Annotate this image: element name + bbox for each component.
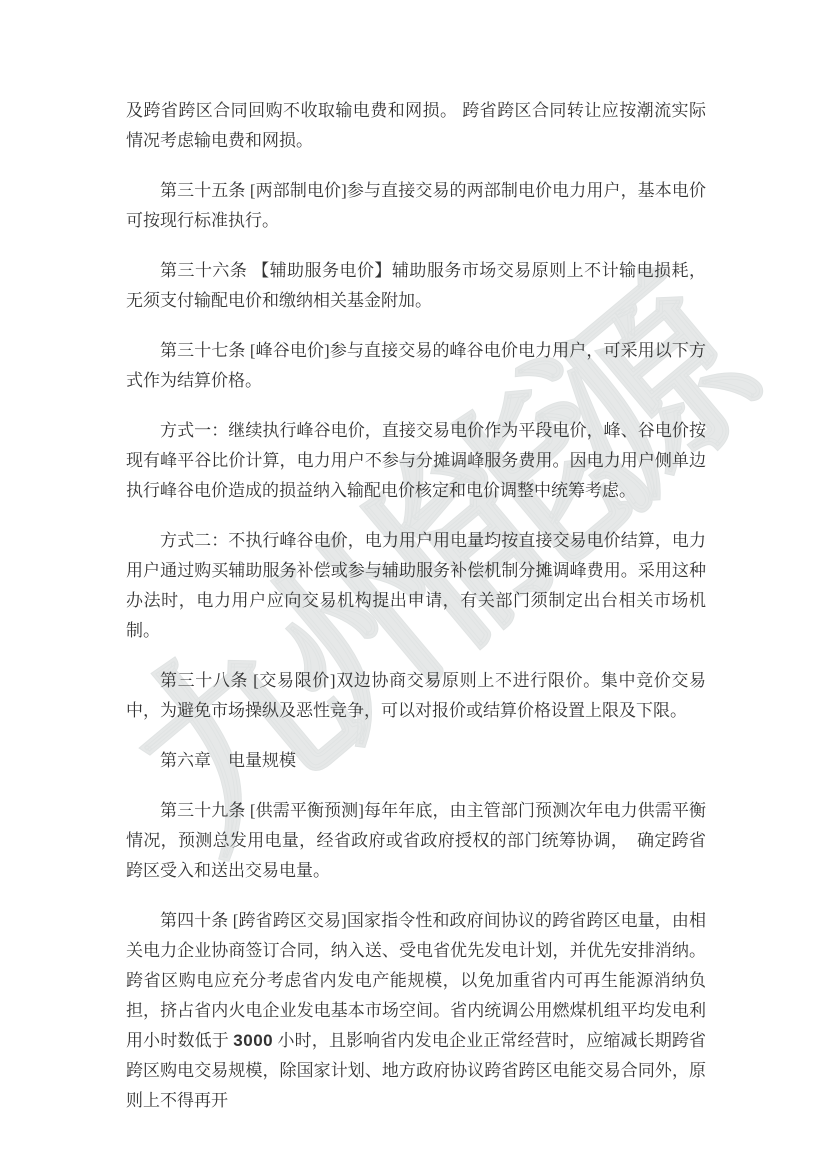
paragraph-carryover: 及跨省跨区合同回购不收取输电费和网损。 跨省跨区合同转让应按潮流实际情况考虑输电… (126, 96, 706, 156)
hours-threshold-number: 3000 (233, 1031, 273, 1050)
document-page: 九州能源 及跨省跨区合同回购不收取输电费和网损。 跨省跨区合同转让应按潮流实际情… (0, 0, 826, 1169)
paragraph-method-2: 方式二：不执行峰谷电价，电力用户用电量均按直接交易电价结算，电力用户通过购买辅助… (126, 526, 706, 646)
paragraph-article-38: 第三十八条 [交易限价]双边协商交易原则上不进行限价。集中竞价交易中，为避免市场… (126, 666, 706, 726)
paragraph-article-37: 第三十七条 [峰谷电价]参与直接交易的峰谷电价电力用户，可采用以下方式作为结算价… (126, 336, 706, 396)
paragraph-article-36: 第三十六条 【辅助服务电价】辅助服务市场交易原则上不计输电损耗，无须支付输配电价… (126, 256, 706, 316)
section-heading-chapter-6: 第六章 电量规模 (126, 746, 706, 776)
paragraph-article-39: 第三十九条 [供需平衡预测]每年年底，由主管部门预测次年电力供需平衡情况，预测总… (126, 796, 706, 886)
paragraph-method-1: 方式一：继续执行峰谷电价，直接交易电价作为平段电价，峰、谷电价按现有峰平谷比价计… (126, 416, 706, 506)
paragraph-article-35: 第三十五条 [两部制电价]参与直接交易的两部制电价电力用户，基本电价可按现行标准… (126, 176, 706, 236)
document-content: 及跨省跨区合同回购不收取输电费和网损。 跨省跨区合同转让应按潮流实际情况考虑输电… (0, 0, 826, 1116)
paragraph-article-40: 第四十条 [跨省跨区交易]国家指令性和政府间协议的跨省跨区电量，由相关电力企业协… (126, 906, 706, 1116)
article-40-text-pre: 第四十条 [跨省跨区交易]国家指令性和政府间协议的跨省跨区电量，由相关电力企业协… (126, 911, 706, 1050)
